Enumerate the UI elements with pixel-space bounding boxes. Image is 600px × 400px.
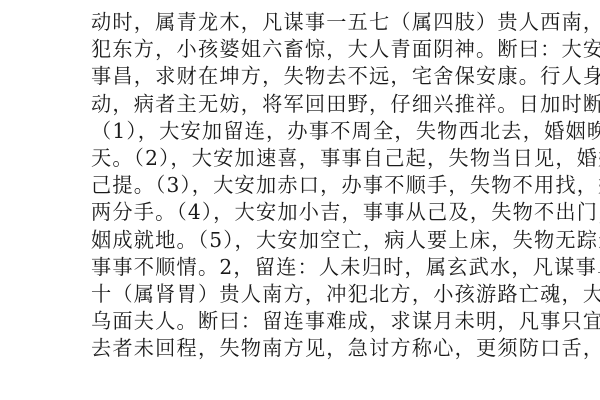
text-line: 事事不顺情。2，留连：人未归时，属玄武水，凡谋事二八: [91, 254, 505, 281]
text-line: 两分手。（4），大安加小吉，事事从己及，失物不出门，婚: [91, 199, 505, 226]
text-line: 姻成就地。（5），大安加空亡，病人要上床，失物无踪影，: [91, 227, 505, 254]
text-line: 十（属肾胃）贵人南方，冲犯北方，小孩游路亡魂，大人: [91, 281, 505, 308]
text-line: 动时，属青龙木，凡谋事一五七（属四肢）贵人西南，冲: [91, 9, 505, 36]
text-line: 乌面夫人。断曰：留连事难成，求谋月未明，凡事只宜缓，: [91, 308, 505, 335]
text-line: 天。（2），大安加速喜，事事自己起，失物当日见，婚姻自: [91, 145, 505, 172]
document-page: 动时，属青龙木，凡谋事一五七（属四肢）贵人西南，冲 犯东方，小孩婆姐六畜惊，大人…: [0, 0, 600, 400]
text-line: （1），大安加留连，办事不周全，失物西北去，婚姻晚几: [91, 118, 505, 145]
body-text: 动时，属青龙木，凡谋事一五七（属四肢）贵人西南，冲 犯东方，小孩婆姐六畜惊，大人…: [91, 9, 505, 362]
text-line: 己提。（3），大安加赤口，办事不顺手，失物不用找，婚姻: [91, 172, 505, 199]
text-line: 动，病者主无妨，将军回田野，仔细兴推祥。日加时断：: [91, 91, 505, 118]
text-line: 事昌，求财在坤方，失物去不远，宅舍保安康。行人身未: [91, 63, 505, 90]
text-line: 去者未回程，失物南方见，急讨方称心，更须防口舌，人: [91, 335, 505, 362]
text-line: 犯东方，小孩婆姐六畜惊，大人青面阴神。断曰：大安事: [91, 36, 505, 63]
